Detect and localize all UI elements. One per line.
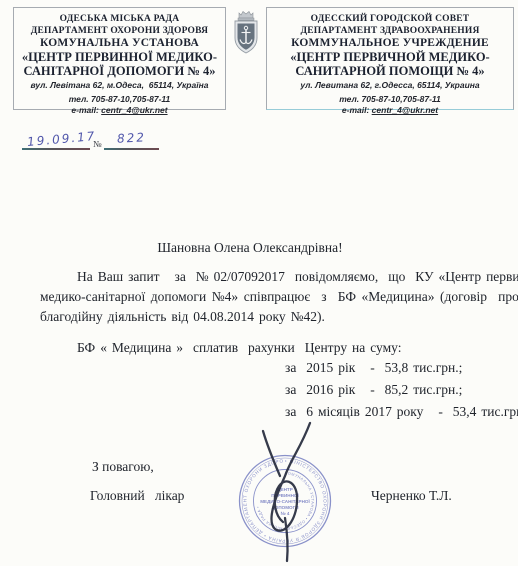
handwritten-number: 822 xyxy=(117,130,147,145)
number-sign: № xyxy=(93,139,102,149)
email-label: e-mail: xyxy=(71,105,101,115)
payment-line-2015: за 2015 рік - 53,8 тис.грн.; xyxy=(285,360,462,376)
email-label: e-mail: xyxy=(342,105,372,115)
scanned-letter-page: ОДЕСЬКА МІСЬКА РАДА ДЕПАРТАМЕНТ ОХОРОНИ … xyxy=(0,0,518,566)
odessa-coat-of-arms-icon xyxy=(230,9,262,55)
signer-name: Черненко Т.Л. xyxy=(371,488,452,504)
stamp-center-line: ПЕРВИННОЇ xyxy=(271,492,299,498)
paragraph-line: благодійну діяльність від 04.08.2014 рок… xyxy=(40,309,325,325)
email-address: centr_4@ukr.net xyxy=(372,105,438,115)
paragraph-line: На Ваш запит за № 02/07092017 повідомляє… xyxy=(77,269,518,285)
phone-line: тел. 705-87-10,705-87-11 xyxy=(267,94,513,104)
date-underline xyxy=(22,148,90,150)
org-line: САНИТАРНОЙ ПОМОЩИ № 4» xyxy=(267,64,513,78)
letterhead-right-box: ОДЕССКИЙ ГОРОДСКОЙ СОВЕТ ДЕПАРТАМЕНТ ЗДР… xyxy=(266,7,514,110)
number-underline xyxy=(104,148,159,150)
payment-line-2017: за 6 місяців 2017 року - 53,4 тис.грн. xyxy=(285,404,518,420)
org-line: САНІТАРНОЇ ДОПОМОГИ № 4» xyxy=(14,64,225,78)
org-line: КОМУНАЛЬНА УСТАНОВА xyxy=(14,37,225,50)
stamp-center-line: ДОПОМОГИ xyxy=(271,505,298,510)
org-line: ОДЕСЬКА МІСЬКА РАДА xyxy=(14,13,225,25)
org-line: КОММУНАЛЬНОЕ УЧРЕЖДЕНИЕ xyxy=(267,37,513,50)
stamp-center-line: МЕДИКО-САНІТАРНОЇ xyxy=(260,498,310,504)
payment-line-2016: за 2016 рік - 85,2 тис.грн.; xyxy=(285,382,462,398)
org-line: «ЦЕНТР ПЕРВИЧНОЙ МЕДИКО- xyxy=(267,50,513,64)
phone-line: тел. 705-87-10,705-87-11 xyxy=(14,94,225,104)
letterhead-left-box: ОДЕСЬКА МІСЬКА РАДА ДЕПАРТАМЕНТ ОХОРОНИ … xyxy=(13,7,226,110)
email-line: e-mail: centr_4@ukr.net xyxy=(14,105,225,115)
handwritten-date: 19.09.17 xyxy=(27,129,97,149)
payments-intro: БФ « Медицина » сплатив рахунки Центру н… xyxy=(77,340,402,356)
org-line: ДЕПАРТАМЕНТ ОХОРОНИ ЗДОРОВЯ xyxy=(14,25,225,37)
org-line: ОДЕССКИЙ ГОРОДСКОЙ СОВЕТ xyxy=(267,13,513,25)
closing-phrase: З повагою, xyxy=(92,459,154,475)
salutation: Шановна Олена Олександрівна! xyxy=(30,240,470,256)
paragraph-line: медико-санітарної допомоги №4» співпрацю… xyxy=(40,289,518,305)
stamp-center-line: ЦЕНТР xyxy=(277,487,293,492)
address-line: вул. Левітана 62, м.Одеса, 65114, Україн… xyxy=(14,80,225,90)
official-stamp-seal: • МІНІСТЕРСТВО ОХОРОНИ ЗДОРОВ'Я УКРАЇНА … xyxy=(237,453,333,549)
stamp-center-line: № 4 xyxy=(281,511,290,516)
email-address: centr_4@ukr.net xyxy=(101,105,167,115)
org-line: ДЕПАРТАМЕНТ ЗДРАВООХРАНЕНИЯ xyxy=(267,25,513,37)
org-line: «ЦЕНТР ПЕРВИННОЇ МЕДИКО- xyxy=(14,50,225,64)
address-line: ул. Левитана 62, г.Одесса, 65114, Украин… xyxy=(267,80,513,90)
email-line: e-mail: centr_4@ukr.net xyxy=(267,105,513,115)
signer-title: Головний лікар xyxy=(90,488,184,504)
